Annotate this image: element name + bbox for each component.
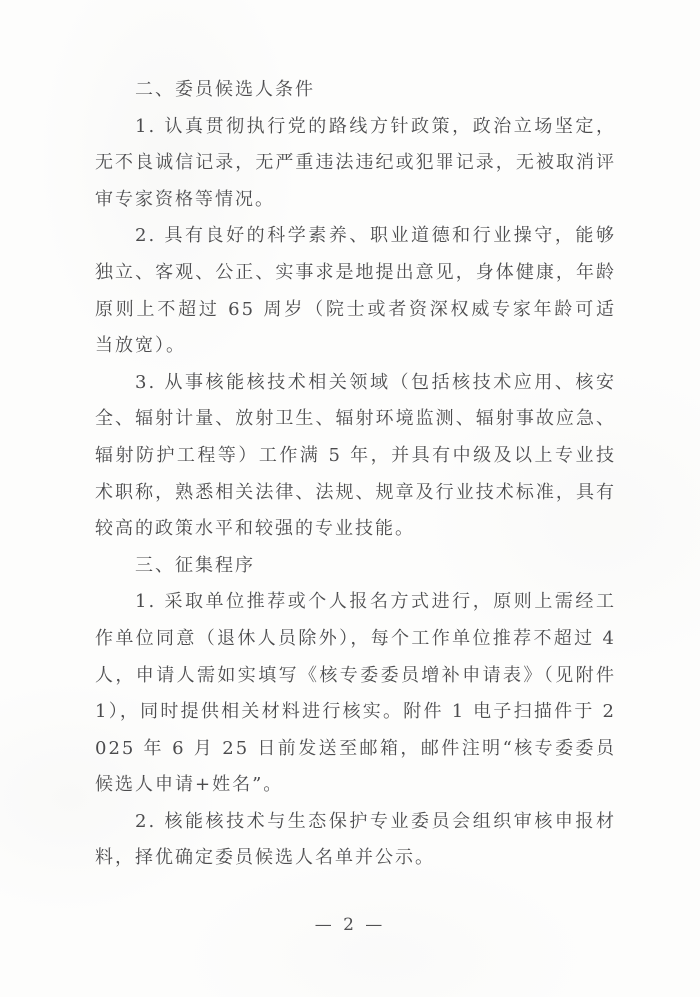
page-number: — 2 — — [0, 912, 700, 938]
paragraph-political-integrity-requirement: 1. 认真贯彻执行党的路线方针政策，政治立场坚定，无不良诚信记录，无严重违法违纪… — [95, 109, 616, 219]
paragraph-work-experience-requirement: 3. 从事核能核技术相关领域（包括核技术应用、核安全、辐射计量、放射卫生、辐射环… — [95, 365, 616, 548]
paragraph-review-and-publicity: 2. 核能核技术与生态保护专业委员会组织审核申报材料，择优确定委员候选人名单并公… — [95, 804, 616, 877]
paragraph-professional-quality-requirement: 2. 具有良好的科学素养、职业道德和行业操守，能够独立、客观、公正、实事求是地提… — [95, 218, 616, 364]
document-page: 二、委员候选人条件 1. 认真贯彻执行党的路线方针政策，政治立场坚定，无不良诚信… — [0, 0, 700, 997]
section-heading-candidate-conditions: 二、委员候选人条件 — [95, 72, 616, 109]
paragraph-application-process: 1. 采取单位推荐或个人报名方式进行，原则上需经工作单位同意（退休人员除外），每… — [95, 584, 616, 804]
section-heading-collection-procedure: 三、征集程序 — [95, 548, 616, 585]
document-body: 二、委员候选人条件 1. 认真贯彻执行党的路线方针政策，政治立场坚定，无不良诚信… — [95, 72, 616, 877]
